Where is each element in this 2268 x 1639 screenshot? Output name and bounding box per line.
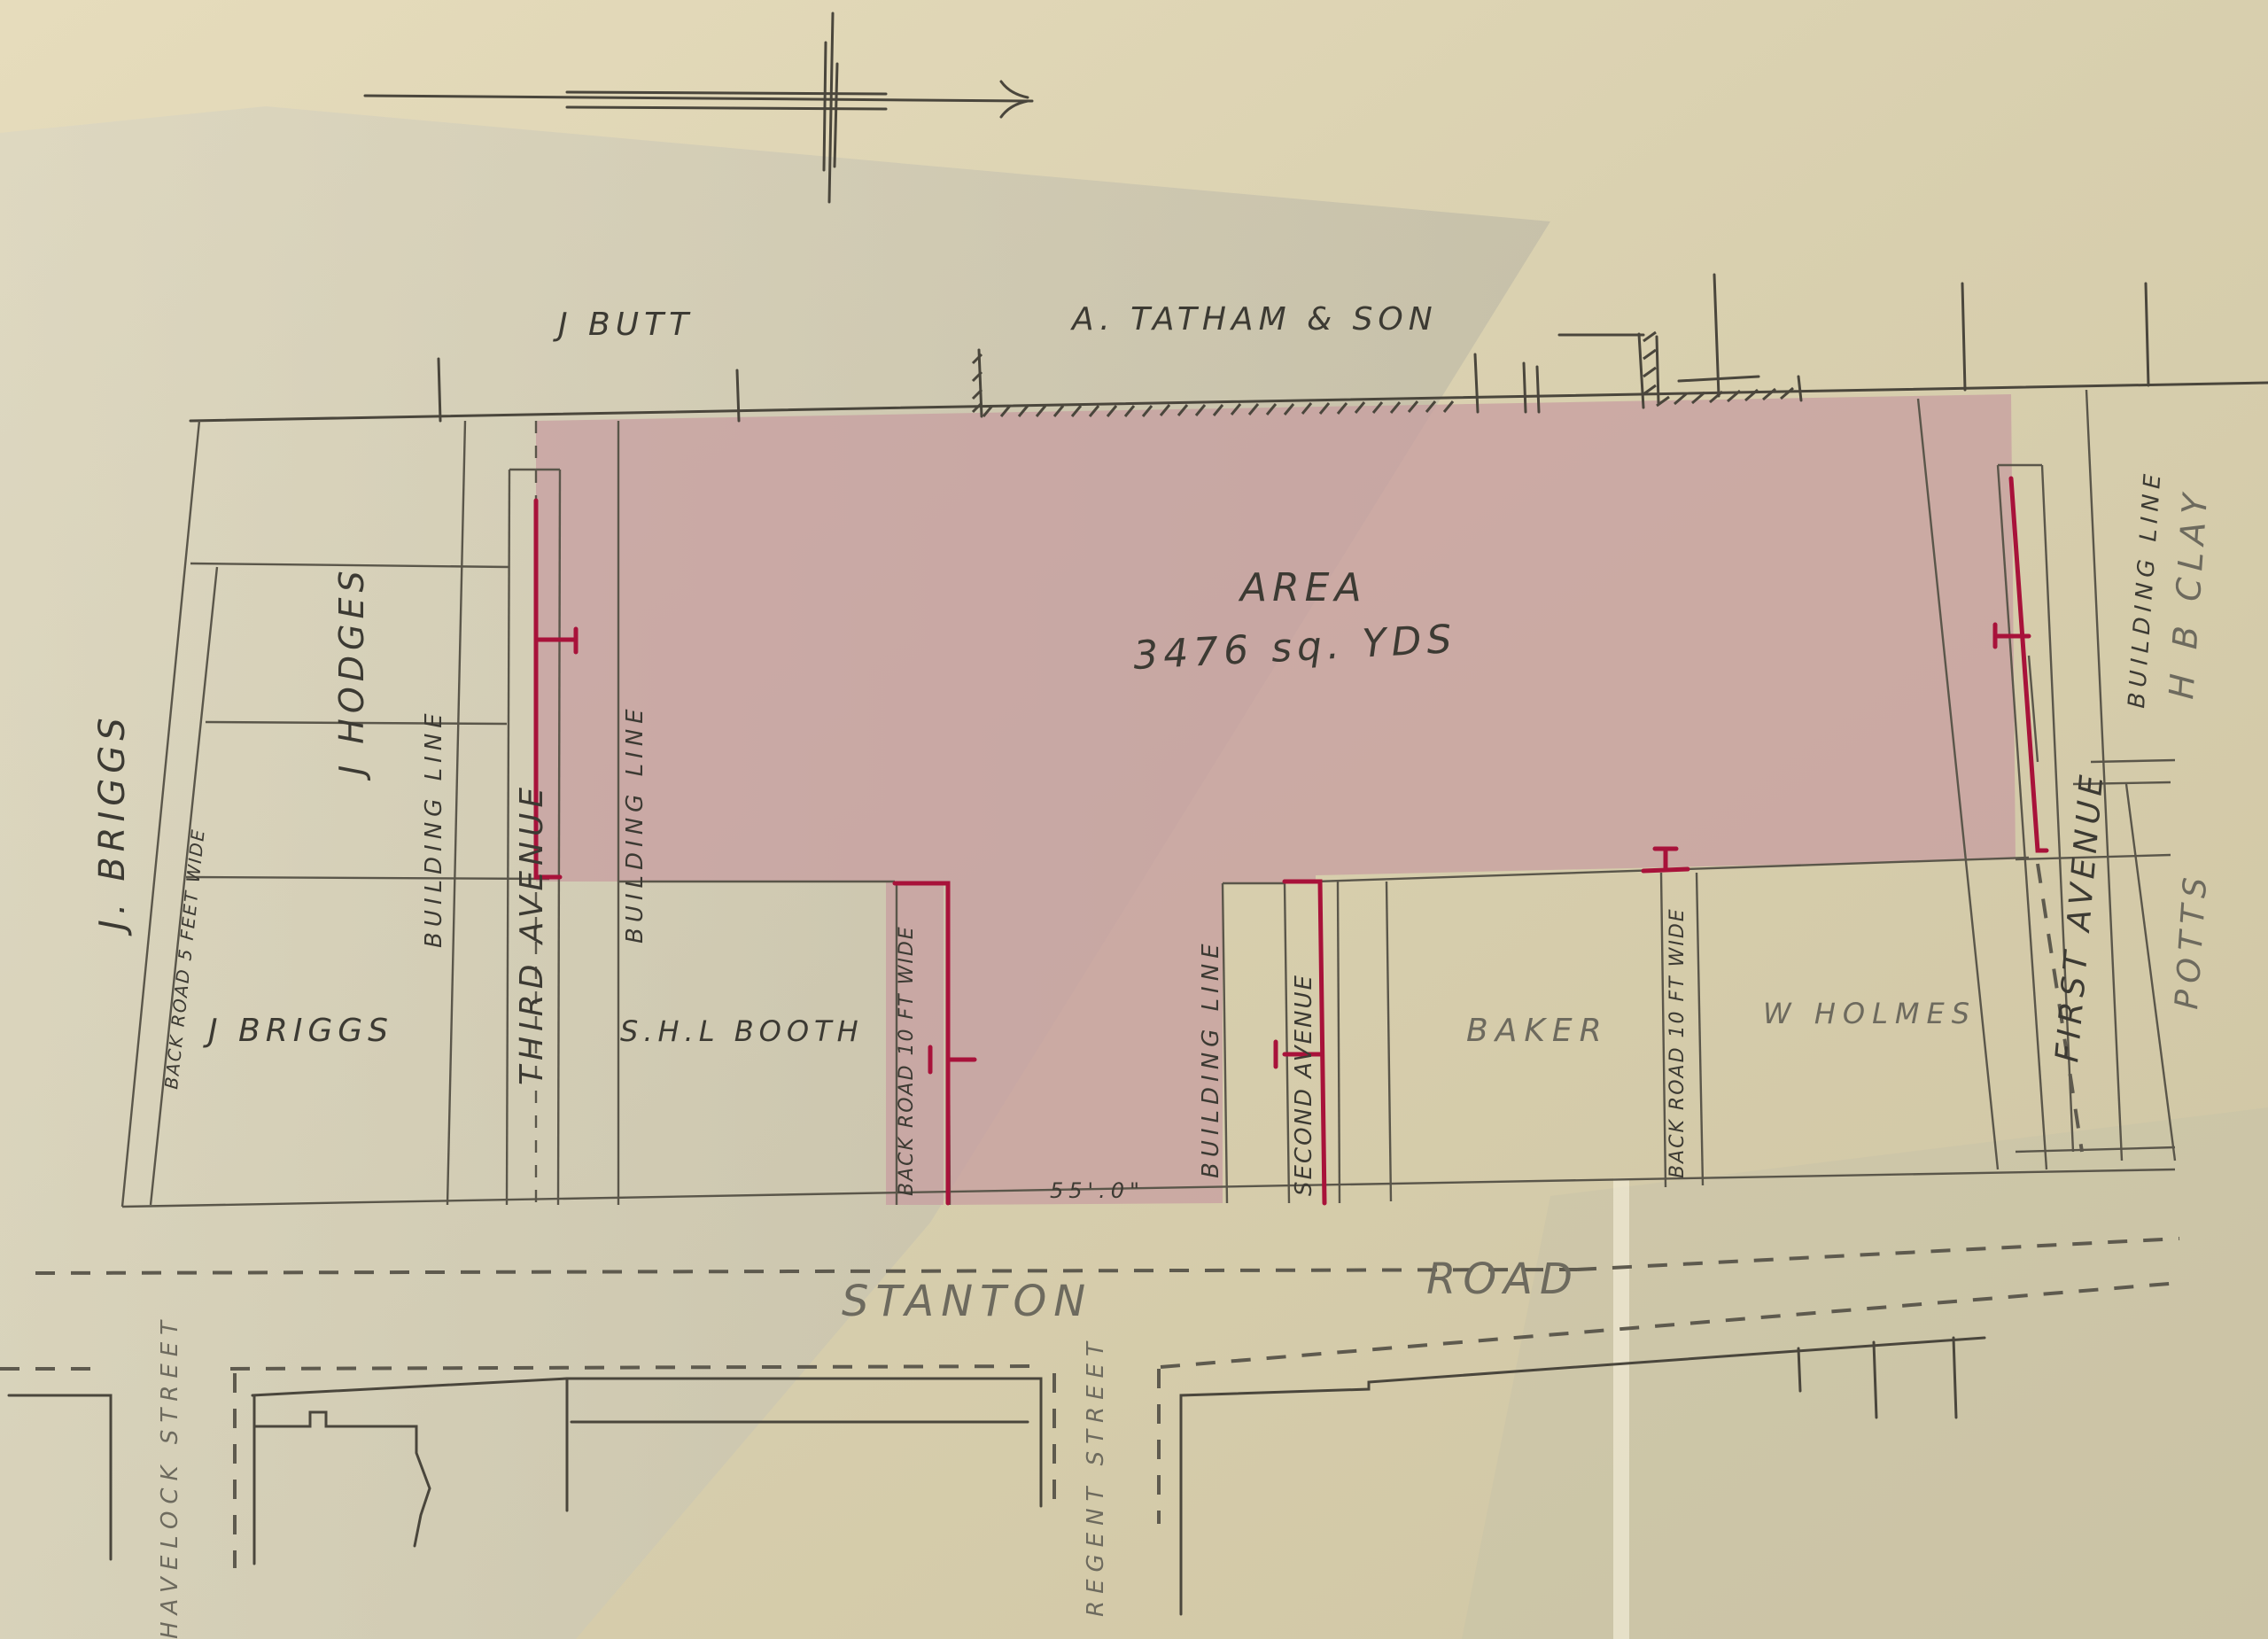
- back-road-middle-label: BACK ROAD 10 FT WIDE: [896, 925, 918, 1196]
- owner-label-west-briggs: J. BRIGGS: [92, 712, 133, 936]
- owner-label-tatham: A. TATHAM & SON: [1070, 301, 1438, 338]
- owner-label-baker: BAKER: [1466, 1013, 1609, 1049]
- owner-label-j-butt: J BUTT: [553, 307, 694, 343]
- back-road-east-label: BACK ROAD 10 FT WIDE: [1666, 907, 1689, 1178]
- dimension-label: 55'.0": [1050, 1178, 1145, 1203]
- building-line-label-west: BUILDING LINE: [421, 708, 447, 948]
- owner-label-j-hodges: J HODGES: [332, 565, 371, 781]
- street-label-havelock: HAVELOCK STREET: [157, 1314, 183, 1639]
- owner-label-holmes: W HOLMES: [1763, 997, 1977, 1030]
- area-label: AREA: [1238, 565, 1367, 610]
- building-line-label-east: BUILDING LINE: [1198, 938, 1224, 1178]
- third-avenue-label: THIRD AVENUE: [514, 782, 550, 1085]
- road-label-stanton: STANTON: [842, 1277, 1092, 1326]
- road-label-road: ROAD: [1426, 1254, 1580, 1304]
- building-line-label-middle: BUILDING LINE: [622, 703, 649, 944]
- site-plan: J BUTT A. TATHAM & SON AREA 3476 sq. YDS…: [0, 0, 2268, 1639]
- owner-label-booth: S.H.L BOOTH: [620, 1014, 864, 1048]
- owner-label-j-briggs: J BRIGGS: [203, 1013, 393, 1049]
- street-label-regent: REGENT STREET: [1083, 1335, 1109, 1617]
- second-avenue-label: SECOND AVENUE: [1291, 974, 1317, 1196]
